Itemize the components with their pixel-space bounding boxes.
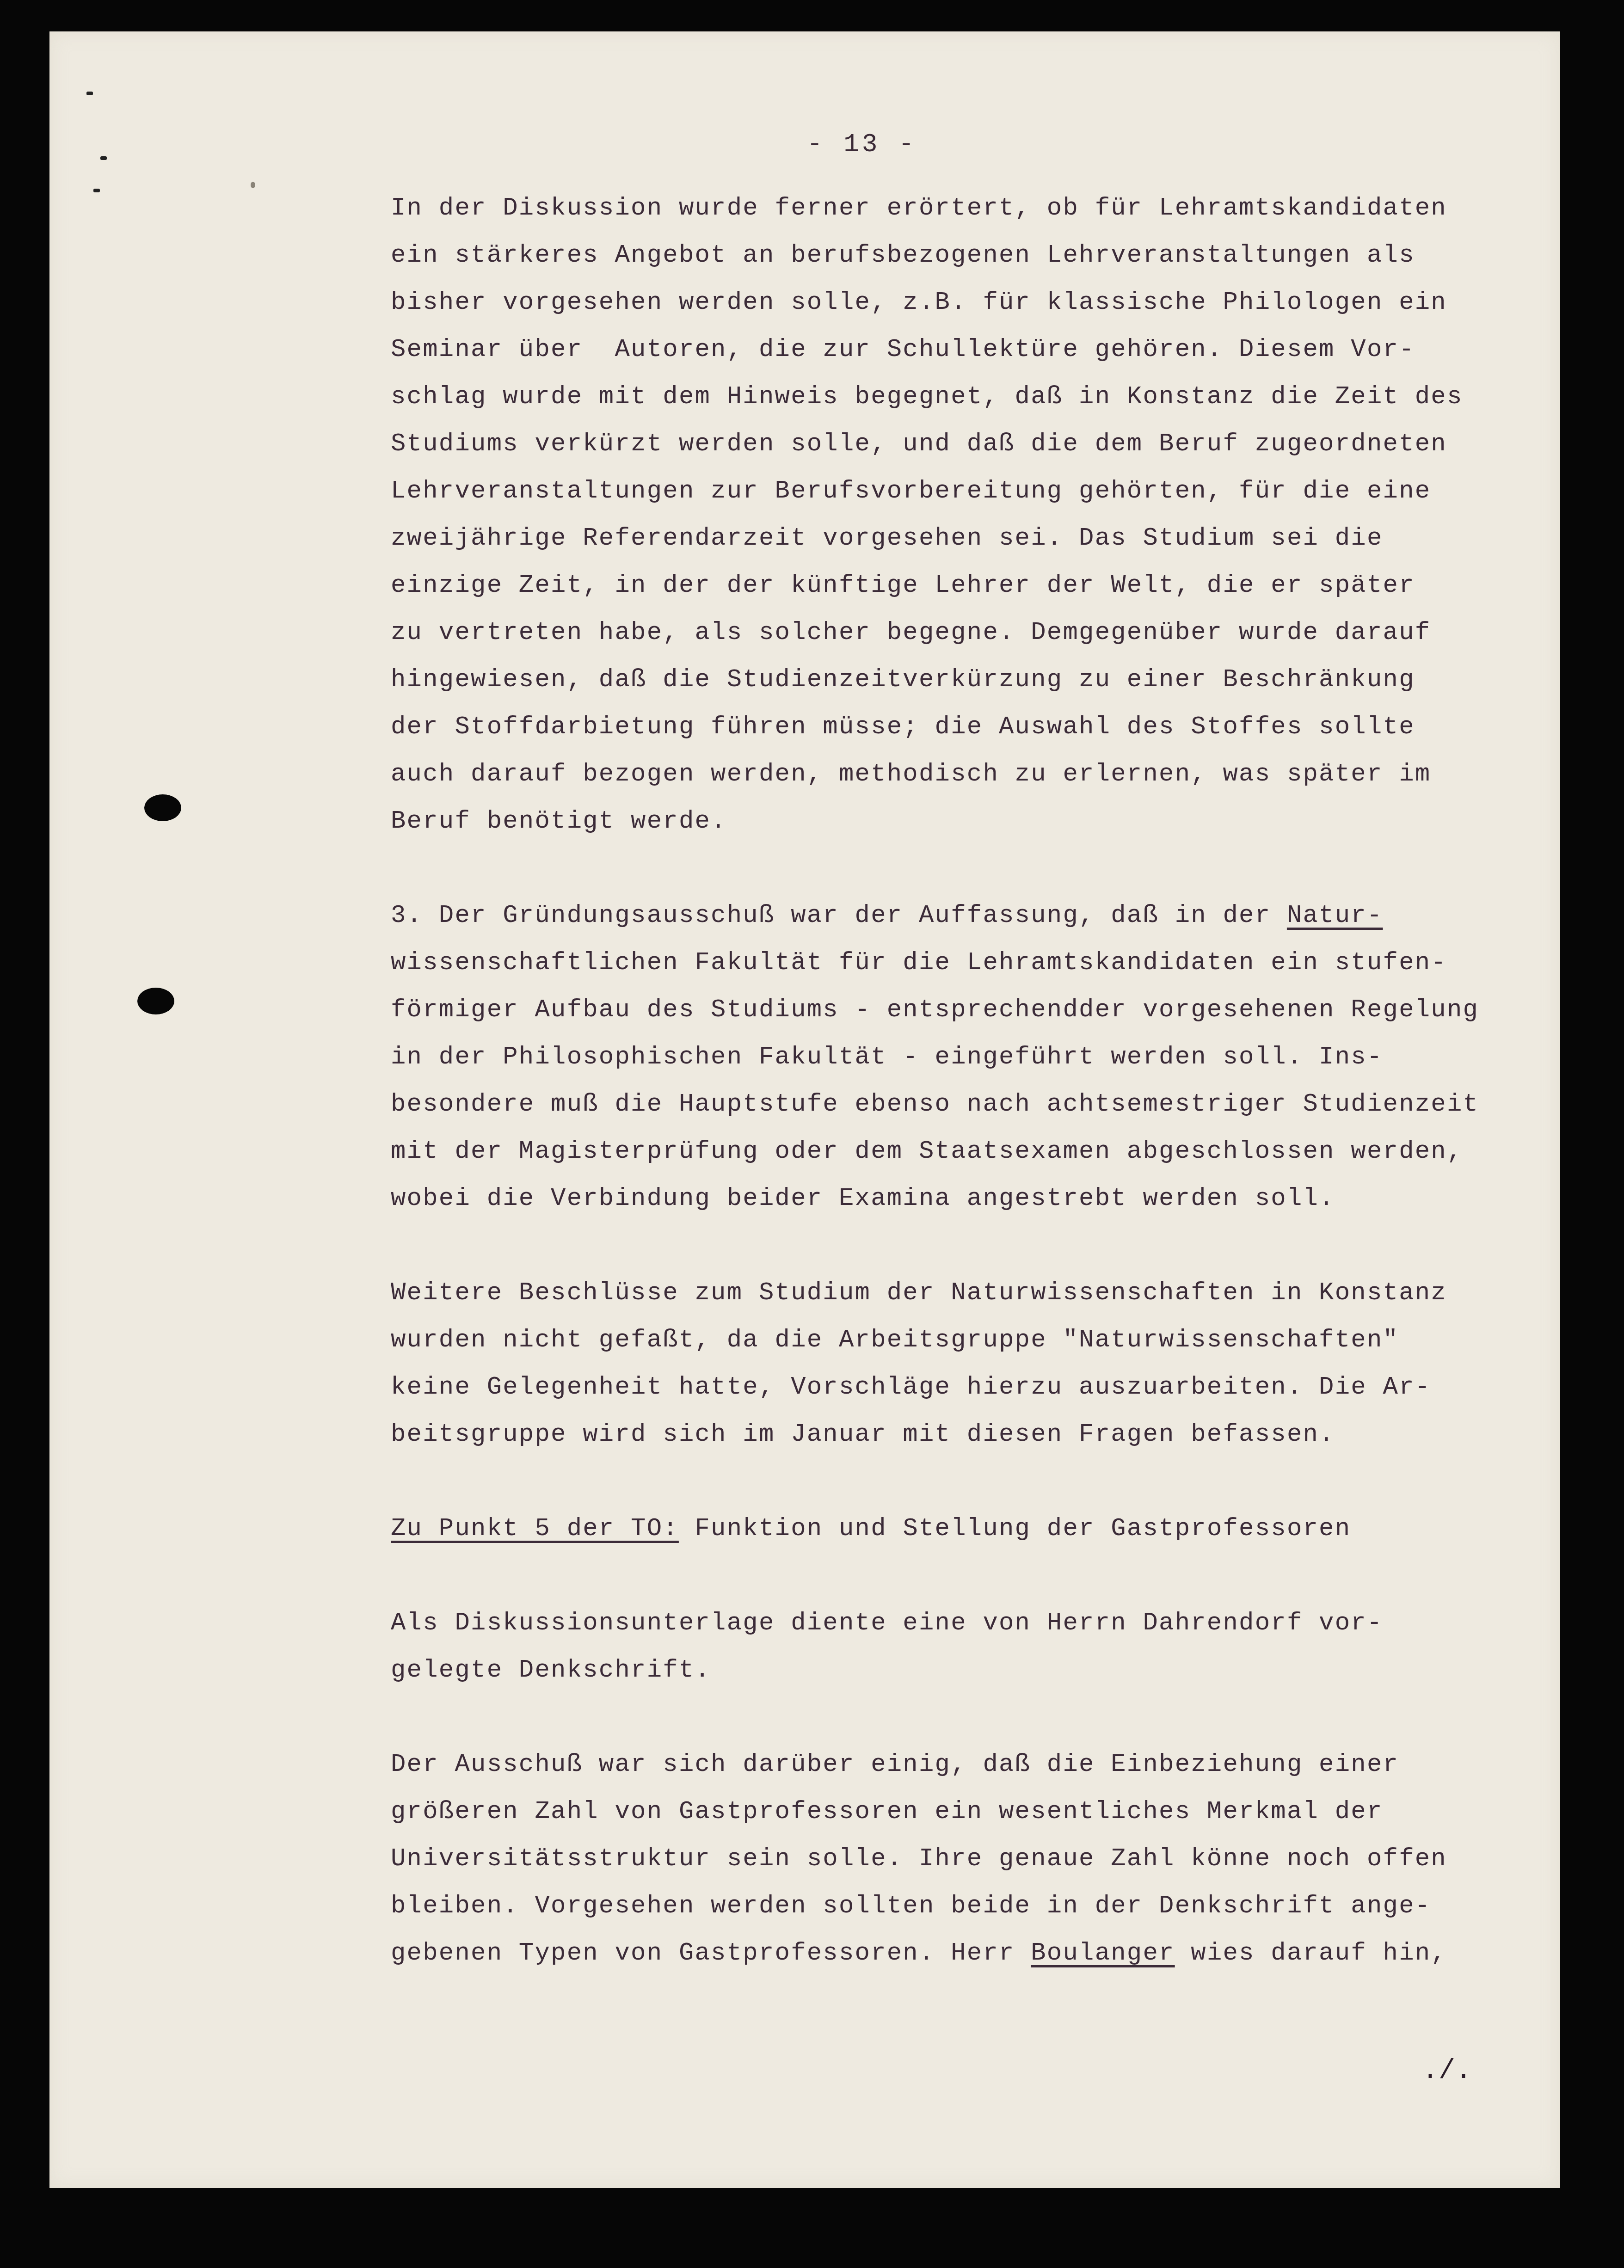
text-line: bleiben. Vorgesehen werden sollten beide… bbox=[391, 1883, 1575, 1930]
underlined-term: Natur- bbox=[1287, 902, 1383, 930]
punch-hole bbox=[137, 988, 174, 1014]
text-line: Weitere Beschlüsse zum Studium der Natur… bbox=[391, 1270, 1575, 1317]
text-line: besondere muß die Hauptstufe ebenso nach… bbox=[391, 1081, 1575, 1128]
page-number: - 13 - bbox=[807, 129, 917, 159]
underlined-name: Boulanger bbox=[1031, 1939, 1175, 1967]
paragraph-committee-agreement: Der Ausschuß war sich darüber einig, daß… bbox=[391, 1741, 1575, 1977]
text-segment: 3. Der Gründungsausschuß war der Auffass… bbox=[391, 902, 1287, 930]
text-line: der Stoffdarbietung führen müsse; die Au… bbox=[391, 704, 1575, 751]
text-line: 3. Der Gründungsausschuß war der Auffass… bbox=[391, 892, 1575, 940]
text-line: In der Diskussion wurde ferner erörtert,… bbox=[391, 185, 1575, 232]
text-line: wurden nicht gefaßt, da die Arbeitsgrupp… bbox=[391, 1317, 1575, 1364]
paragraph-lehramt-discussion: In der Diskussion wurde ferner erörtert,… bbox=[391, 185, 1575, 845]
text-line: Seminar über Autoren, die zur Schullektü… bbox=[391, 326, 1575, 374]
text-line: zweijährige Referendarzeit vorgesehen se… bbox=[391, 515, 1575, 562]
text-line: gelegte Denkschrift. bbox=[391, 1647, 1575, 1694]
text-line: bisher vorgesehen werden solle, z.B. für… bbox=[391, 279, 1575, 326]
text-segment: wies darauf hin, bbox=[1175, 1939, 1447, 1967]
text-line: Als Diskussionsunterlage diente eine von… bbox=[391, 1600, 1575, 1647]
paragraph-discussion-basis: Als Diskussionsunterlage diente eine von… bbox=[391, 1600, 1575, 1694]
staple-mark bbox=[100, 156, 107, 160]
paragraph-further-decisions: Weitere Beschlüsse zum Studium der Natur… bbox=[391, 1270, 1575, 1458]
text-line: Universitätsstruktur sein solle. Ihre ge… bbox=[391, 1836, 1575, 1883]
text-line: wobei die Verbindung beider Examina ange… bbox=[391, 1175, 1575, 1223]
text-line: Beruf benötigt werde. bbox=[391, 798, 1575, 845]
text-segment: gebenen Typen von Gastprofessoren. Herr bbox=[391, 1939, 1031, 1967]
heading-line: Zu Punkt 5 der TO: Funktion und Stellung… bbox=[391, 1506, 1575, 1553]
text-line: Lehrveranstaltungen zur Berufsvorbereitu… bbox=[391, 468, 1575, 515]
text-line: gebenen Typen von Gastprofessoren. Herr … bbox=[391, 1930, 1575, 1977]
paragraph-spacer bbox=[391, 1694, 1575, 1741]
heading-title: Funktion und Stellung der Gastprofessore… bbox=[679, 1515, 1351, 1543]
text-line: einzige Zeit, in der der künftige Lehrer… bbox=[391, 562, 1575, 609]
section-heading: Zu Punkt 5 der TO: Funktion und Stellung… bbox=[391, 1506, 1575, 1553]
text-line: keine Gelegenheit hatte, Vorschläge hier… bbox=[391, 1364, 1575, 1411]
text-line: in der Philosophischen Fakultät - eingef… bbox=[391, 1034, 1575, 1081]
text-line: mit der Magisterprüfung oder dem Staatse… bbox=[391, 1128, 1575, 1175]
text-line: beitsgruppe wird sich im Januar mit dies… bbox=[391, 1411, 1575, 1458]
paragraph-spacer bbox=[391, 1553, 1575, 1600]
staple-mark bbox=[86, 92, 93, 95]
text-line: schlag wurde mit dem Hinweis begegnet, d… bbox=[391, 374, 1575, 421]
continuation-mark: ./. bbox=[1422, 2055, 1472, 2087]
text-line: wissenschaftlichen Fakultät für die Lehr… bbox=[391, 940, 1575, 987]
text-line: Der Ausschuß war sich darüber einig, daß… bbox=[391, 1741, 1575, 1789]
heading-label: Zu Punkt 5 der TO: bbox=[391, 1515, 679, 1543]
text-line: hingewiesen, daß die Studienzeitverkürzu… bbox=[391, 657, 1575, 704]
text-line: zu vertreten habe, als solcher begegne. … bbox=[391, 609, 1575, 657]
text-line: Studiums verkürzt werden solle, und daß … bbox=[391, 421, 1575, 468]
text-line: ein stärkeres Angebot an berufsbezogenen… bbox=[391, 232, 1575, 279]
paragraph-spacer bbox=[391, 1223, 1575, 1270]
punch-hole bbox=[144, 794, 181, 821]
staple-mark bbox=[93, 189, 100, 192]
text-line: förmiger Aufbau des Studiums - entsprech… bbox=[391, 987, 1575, 1034]
paragraph-spacer bbox=[391, 845, 1575, 892]
text-line: größeren Zahl von Gastprofessoren ein we… bbox=[391, 1789, 1575, 1836]
document-body: In der Diskussion wurde ferner erörtert,… bbox=[391, 185, 1575, 1977]
text-line: auch darauf bezogen werden, methodisch z… bbox=[391, 751, 1575, 798]
paper-speck bbox=[251, 182, 255, 188]
paragraph-item-3: 3. Der Gründungsausschuß war der Auffass… bbox=[391, 892, 1575, 1223]
paragraph-spacer bbox=[391, 1458, 1575, 1506]
